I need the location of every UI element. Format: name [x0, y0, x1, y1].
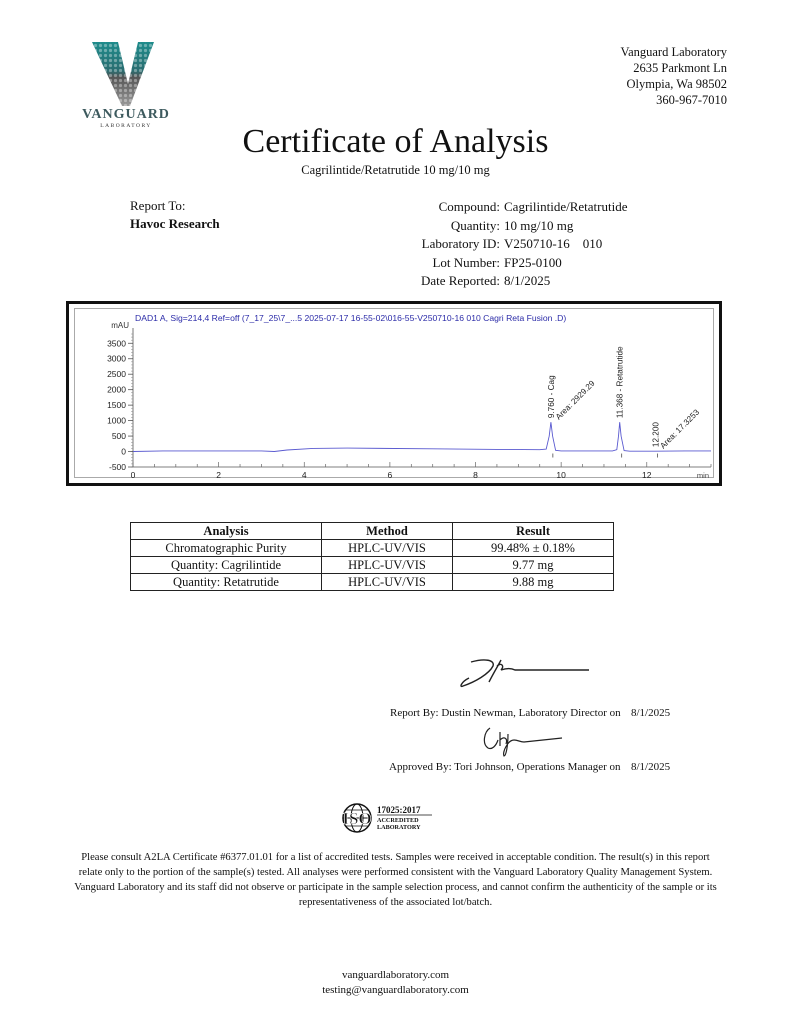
disclaimer-text: Please consult A2LA Certificate #6377.01… — [70, 850, 721, 910]
compound-label: Compound: — [370, 198, 504, 217]
vanguard-logo: VANGUARD LABORATORY — [78, 38, 178, 130]
table-row: Quantity: Retatrutide HPLC-UV/VIS 9.88 m… — [131, 574, 614, 591]
analysis-cell: Chromatographic Purity — [131, 540, 322, 557]
analysis-cell: Quantity: Retatrutide — [131, 574, 322, 591]
sample-info-row: Lot Number:FP25-0100 — [370, 254, 627, 273]
svg-text:ACCREDITED: ACCREDITED — [377, 817, 419, 824]
document-title: Certificate of Analysis — [0, 122, 791, 162]
signature-tori-johnson — [478, 722, 568, 758]
report-to-name: Havoc Research — [130, 216, 220, 232]
table-row: Chromatographic Purity HPLC-UV/VIS 99.48… — [131, 540, 614, 557]
lot-number-value: FP25-0100 — [504, 254, 562, 273]
x-tick-label: 0 — [131, 470, 136, 480]
date-reported-value: 8/1/2025 — [504, 272, 550, 291]
sample-info-row: Date Reported:8/1/2025 — [370, 272, 627, 291]
lab-street: 2635 Parkmont Ln — [620, 60, 727, 76]
peak-label: 11.368 - Retatrutide — [616, 346, 625, 418]
svg-text:LABORATORY: LABORATORY — [377, 824, 421, 831]
x-tick-label: 8 — [473, 470, 478, 480]
column-header-analysis: Analysis — [131, 523, 322, 540]
vanguard-v-logo-icon: VANGUARD LABORATORY — [78, 38, 178, 130]
chromatogram: DAD1 A, Sig=214,4 Ref=off (7_17_25\7_...… — [66, 301, 722, 486]
laboratory-id-label: Laboratory ID: — [370, 235, 504, 254]
column-header-method: Method — [322, 523, 453, 540]
iso-globe-icon: ISO 17025:2017 ACCREDITED LABORATORY — [340, 801, 440, 835]
report-by-date: 8/1/2025 — [631, 707, 670, 719]
svg-text:17025:2017: 17025:2017 — [377, 805, 421, 815]
sample-info-row: Laboratory ID:V250710-16 010 — [370, 235, 627, 254]
column-header-result: Result — [453, 523, 614, 540]
iso-accreditation-badge: ISO 17025:2017 ACCREDITED LABORATORY — [340, 801, 440, 835]
method-cell: HPLC-UV/VIS — [322, 557, 453, 574]
peak-area-label: Area: 2929.29 — [554, 379, 597, 422]
report-to-label: Report To: — [130, 198, 186, 214]
results-table: Analysis Method Result Chromatographic P… — [130, 522, 614, 591]
peak-area-label: Area: 17.3253 — [658, 407, 701, 450]
signature-dustin-newman — [455, 652, 595, 697]
y-tick-label: 1500 — [107, 400, 126, 410]
x-tick-label: 4 — [302, 470, 307, 480]
footer: vanguardlaboratory.com testing@vanguardl… — [0, 968, 791, 998]
approved-by-date: 8/1/2025 — [631, 761, 670, 773]
sample-info-row: Quantity:10 mg/10 mg — [370, 217, 627, 236]
sample-info: Compound:Cagrilintide/Retatrutide Quanti… — [370, 198, 627, 291]
chromatogram-plot-area: DAD1 A, Sig=214,4 Ref=off (7_17_25\7_...… — [74, 308, 714, 478]
result-cell: 9.88 mg — [453, 574, 614, 591]
lot-number-label: Lot Number: — [370, 254, 504, 273]
x-axis-label: min — [697, 471, 709, 480]
y-tick-label: 3000 — [107, 354, 126, 364]
chromatogram-svg: DAD1 A, Sig=214,4 Ref=off (7_17_25\7_...… — [75, 309, 719, 483]
y-axis-label: mAU — [111, 321, 129, 330]
peak-label: 9.760 - Cag — [547, 375, 556, 418]
document-subtitle: Cagrilintide/Retatrutide 10 mg/10 mg — [0, 163, 791, 178]
result-cell: 99.48% ± 0.18% — [453, 540, 614, 557]
chromatogram-trace — [133, 422, 711, 451]
chart-title: DAD1 A, Sig=214,4 Ref=off (7_17_25\7_...… — [135, 313, 566, 323]
footer-website-link[interactable]: vanguardlaboratory.com — [0, 968, 791, 983]
svg-text:ISO: ISO — [342, 809, 371, 828]
approved-by-text: Approved By: Tori Johnson, Operations Ma… — [389, 761, 621, 773]
y-tick-label: 2500 — [107, 369, 126, 379]
result-cell: 9.77 mg — [453, 557, 614, 574]
lab-city: Olympia, Wa 98502 — [620, 76, 727, 92]
analysis-cell: Quantity: Cagrilintide — [131, 557, 322, 574]
svg-text:VANGUARD: VANGUARD — [82, 107, 170, 122]
y-tick-label: 1000 — [107, 416, 126, 426]
date-reported-label: Date Reported: — [370, 272, 504, 291]
lab-address: Vanguard Laboratory 2635 Parkmont Ln Oly… — [620, 44, 727, 108]
x-tick-label: 2 — [216, 470, 221, 480]
quantity-value: 10 mg/10 mg — [504, 217, 573, 236]
y-tick-label: 0 — [121, 447, 126, 457]
y-tick-label: -500 — [109, 462, 126, 472]
quantity-label: Quantity: — [370, 217, 504, 236]
footer-email-link[interactable]: testing@vanguardlaboratory.com — [0, 983, 791, 998]
y-tick-label: 500 — [112, 431, 126, 441]
method-cell: HPLC-UV/VIS — [322, 540, 453, 557]
x-tick-label: 10 — [556, 470, 566, 480]
x-tick-label: 12 — [642, 470, 652, 480]
laboratory-id-value: V250710-16 010 — [504, 235, 602, 254]
x-tick-label: 6 — [388, 470, 393, 480]
compound-value: Cagrilintide/Retatrutide — [504, 198, 627, 217]
report-by-text: Report By: Dustin Newman, Laboratory Dir… — [390, 707, 621, 719]
lab-name: Vanguard Laboratory — [620, 44, 727, 60]
sample-info-row: Compound:Cagrilintide/Retatrutide — [370, 198, 627, 217]
y-tick-label: 3500 — [107, 338, 126, 348]
method-cell: HPLC-UV/VIS — [322, 574, 453, 591]
y-tick-label: 2000 — [107, 385, 126, 395]
table-row: Quantity: Cagrilintide HPLC-UV/VIS 9.77 … — [131, 557, 614, 574]
lab-phone: 360-967-7010 — [620, 92, 727, 108]
table-header-row: Analysis Method Result — [131, 523, 614, 540]
